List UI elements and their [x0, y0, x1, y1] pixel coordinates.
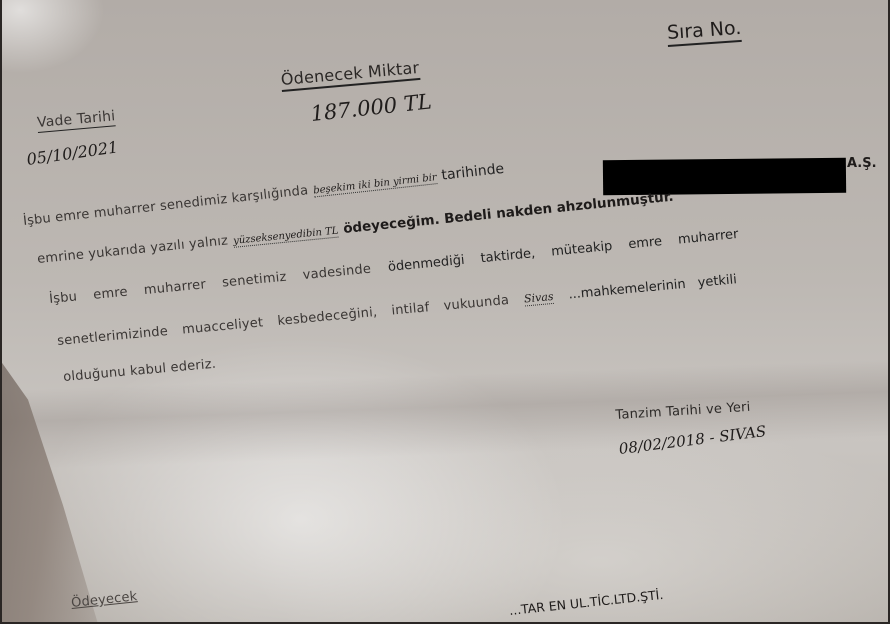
- sira-no-label: Sıra No.: [666, 17, 742, 47]
- photo-border-left: [0, 0, 2, 624]
- company-suffix: A.Ş.: [847, 156, 877, 171]
- line4-handwritten-city: Sivas: [524, 290, 555, 307]
